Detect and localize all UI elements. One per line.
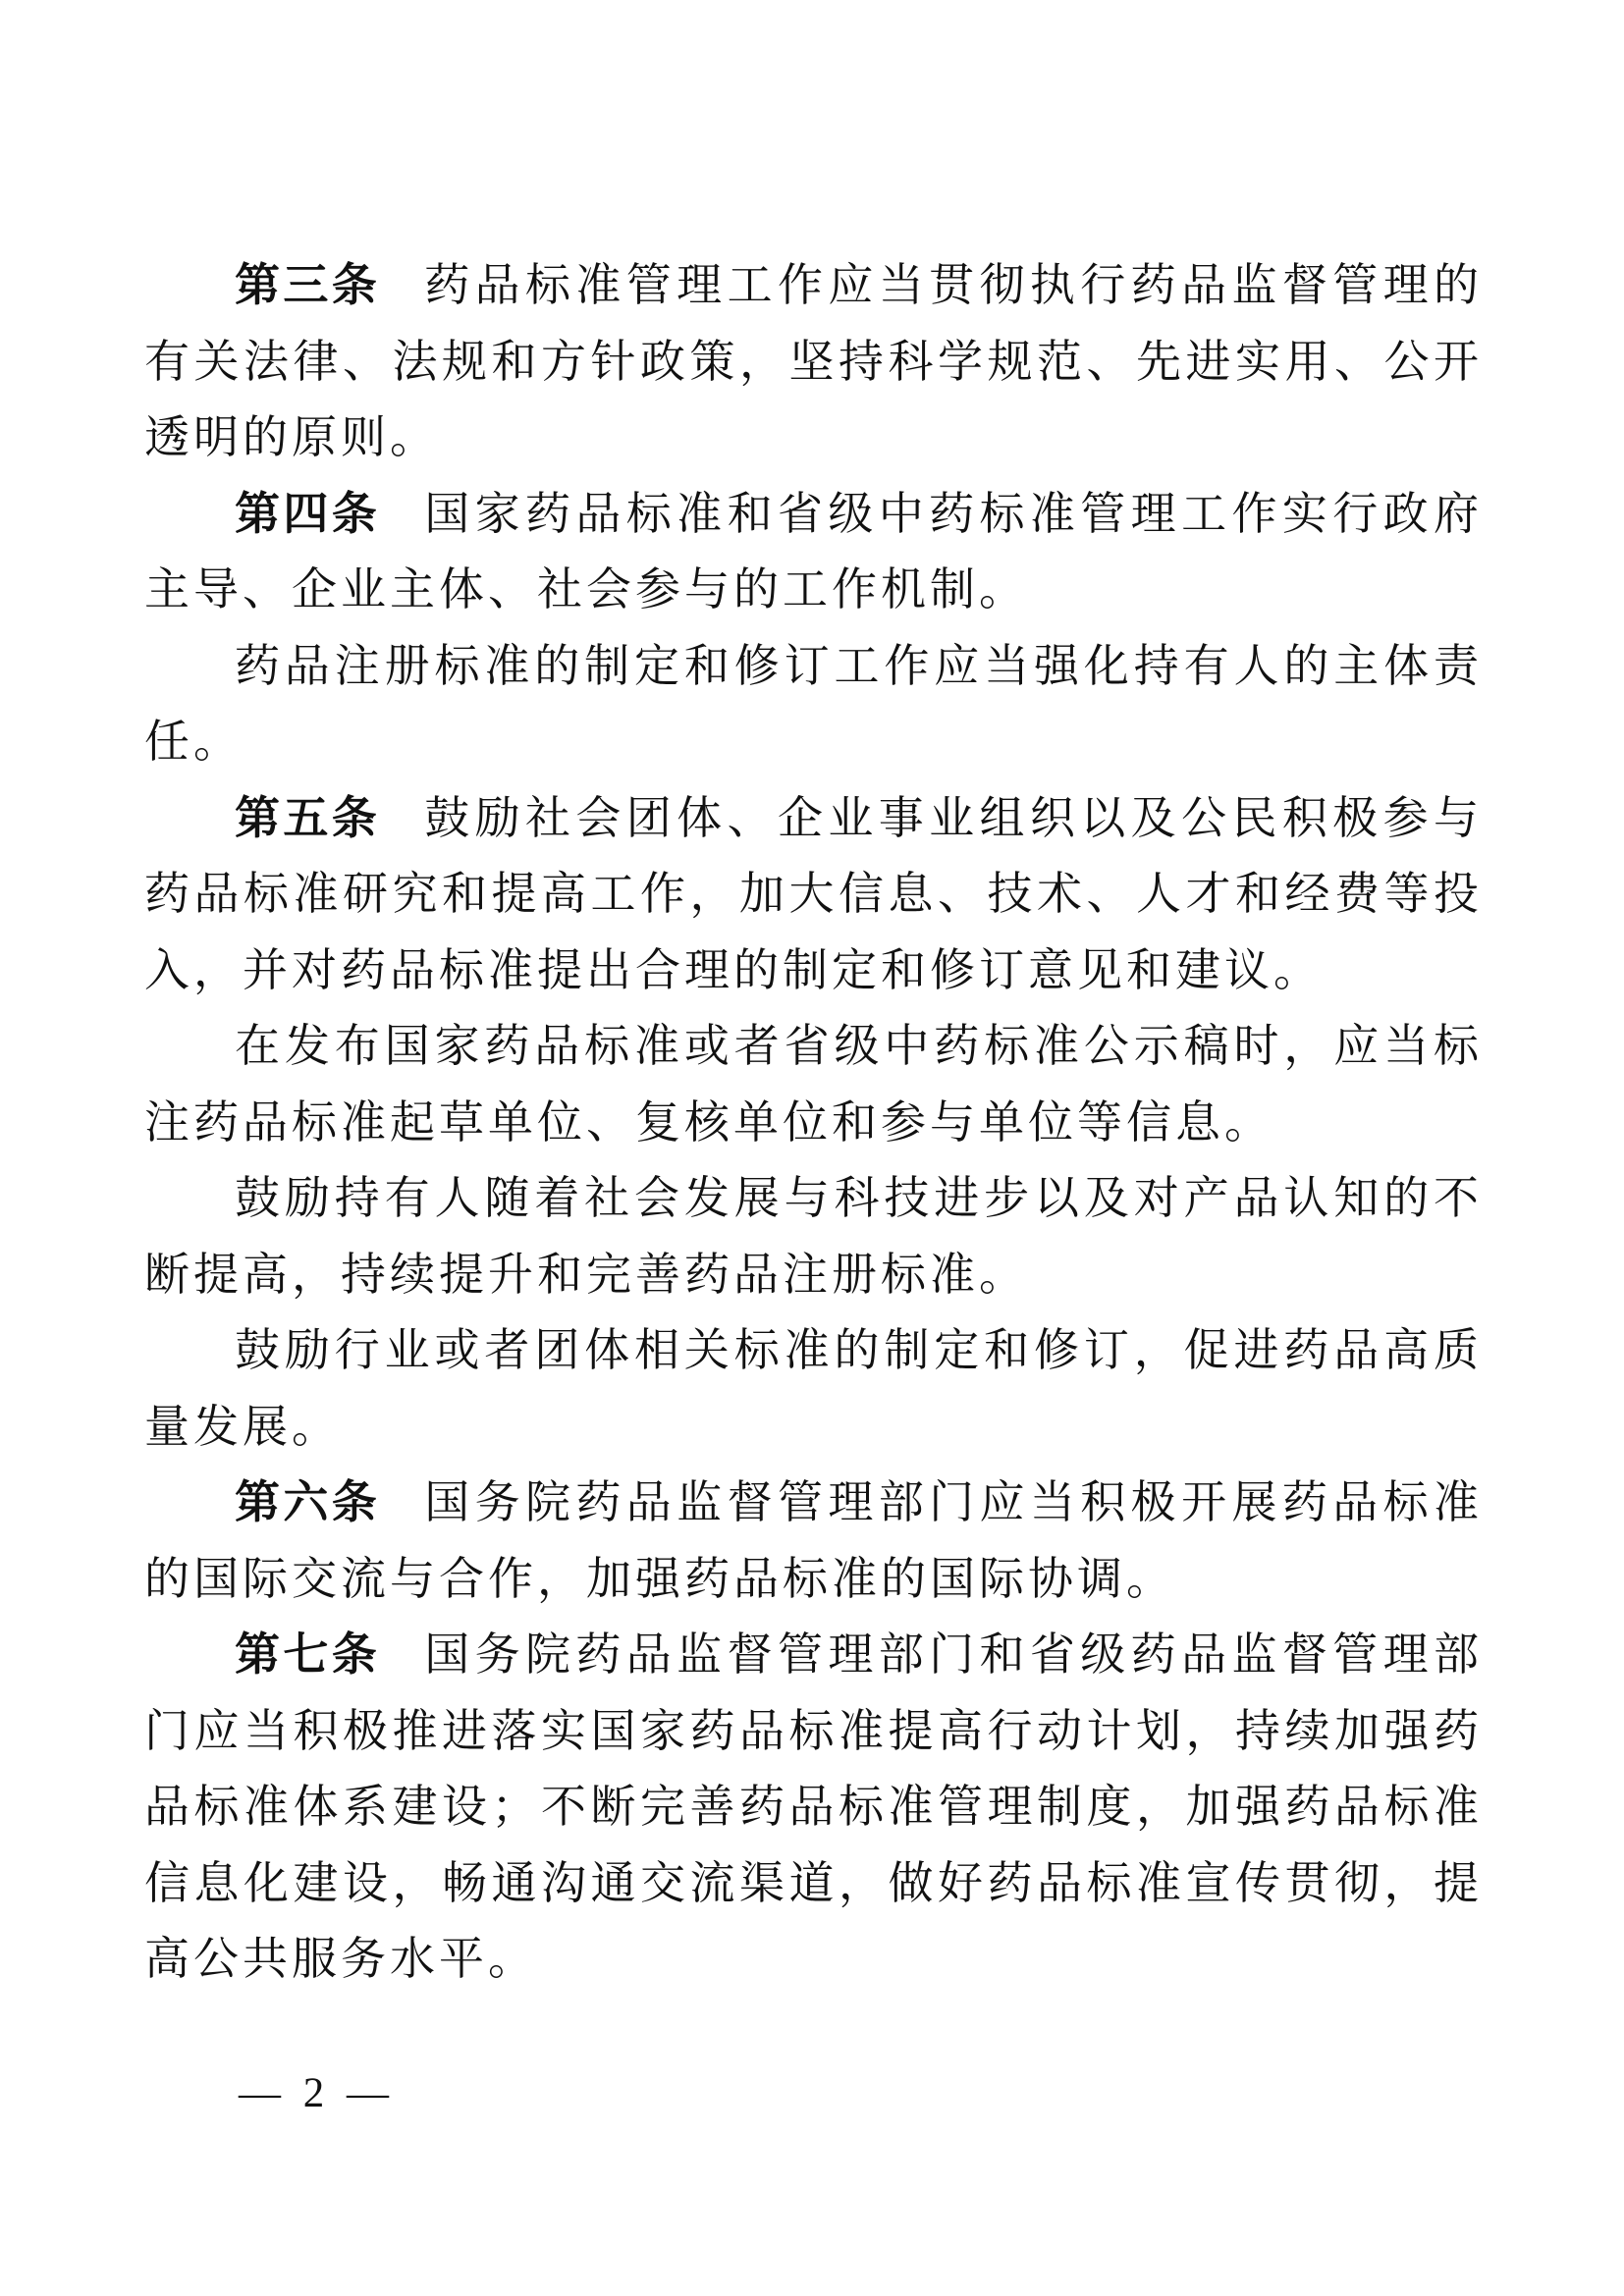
document-body: 第三条药品标准管理工作应当贯彻执行药品监督管理的有关法律、法规和方针政策，坚持科… [144,247,1483,1998]
document-page: 第三条药品标准管理工作应当贯彻执行药品监督管理的有关法律、法规和方针政策，坚持科… [0,0,1624,2296]
paragraph-text: 国务院药品监督管理部门和省级药品监督管理部门应当积极推进落实国家药品标准提高行动… [144,1629,1483,1984]
article-number: 第七条 [235,1629,380,1680]
paragraph-text: 在发布国家药品标准或者省级中药标准公示稿时，应当标注药品标准起草单位、复核单位和… [144,1021,1483,1148]
paragraph: 药品注册标准的制定和修订工作应当强化持有人的主体责任。 [144,628,1483,780]
paragraph-text: 鼓励行业或者团体相关标准的制定和修订，促进药品高质量发展。 [144,1325,1483,1452]
paragraph: 鼓励行业或者团体相关标准的制定和修订，促进药品高质量发展。 [144,1312,1483,1465]
paragraph-text: 鼓励持有人随着社会发展与科技进步以及对产品认知的不断提高，持续提升和完善药品注册… [144,1173,1483,1300]
article-number: 第五条 [235,792,380,843]
paragraph: 在发布国家药品标准或者省级中药标准公示稿时，应当标注药品标准起草单位、复核单位和… [144,1008,1483,1160]
paragraph: 第五条鼓励社会团体、企业事业组织以及公民积极参与药品标准研究和提高工作，加大信息… [144,780,1483,1009]
paragraph: 第三条药品标准管理工作应当贯彻执行药品监督管理的有关法律、法规和方针政策，坚持科… [144,247,1483,476]
page-number: — 2 — [239,2069,395,2117]
article-number: 第三条 [235,259,380,310]
paragraph-text: 药品注册标准的制定和修订工作应当强化持有人的主体责任。 [144,641,1483,768]
paragraph: 第七条国务院药品监督管理部门和省级药品监督管理部门应当积极推进落实国家药品标准提… [144,1617,1483,1998]
paragraph: 第四条国家药品标准和省级中药标准管理工作实行政府主导、企业主体、社会参与的工作机… [144,476,1483,628]
article-number: 第六条 [235,1476,380,1527]
article-number: 第四条 [235,488,380,539]
paragraph: 第六条国务院药品监督管理部门应当积极开展药品标准的国际交流与合作，加强药品标准的… [144,1465,1483,1617]
paragraph: 鼓励持有人随着社会发展与科技进步以及对产品认知的不断提高，持续提升和完善药品注册… [144,1160,1483,1312]
